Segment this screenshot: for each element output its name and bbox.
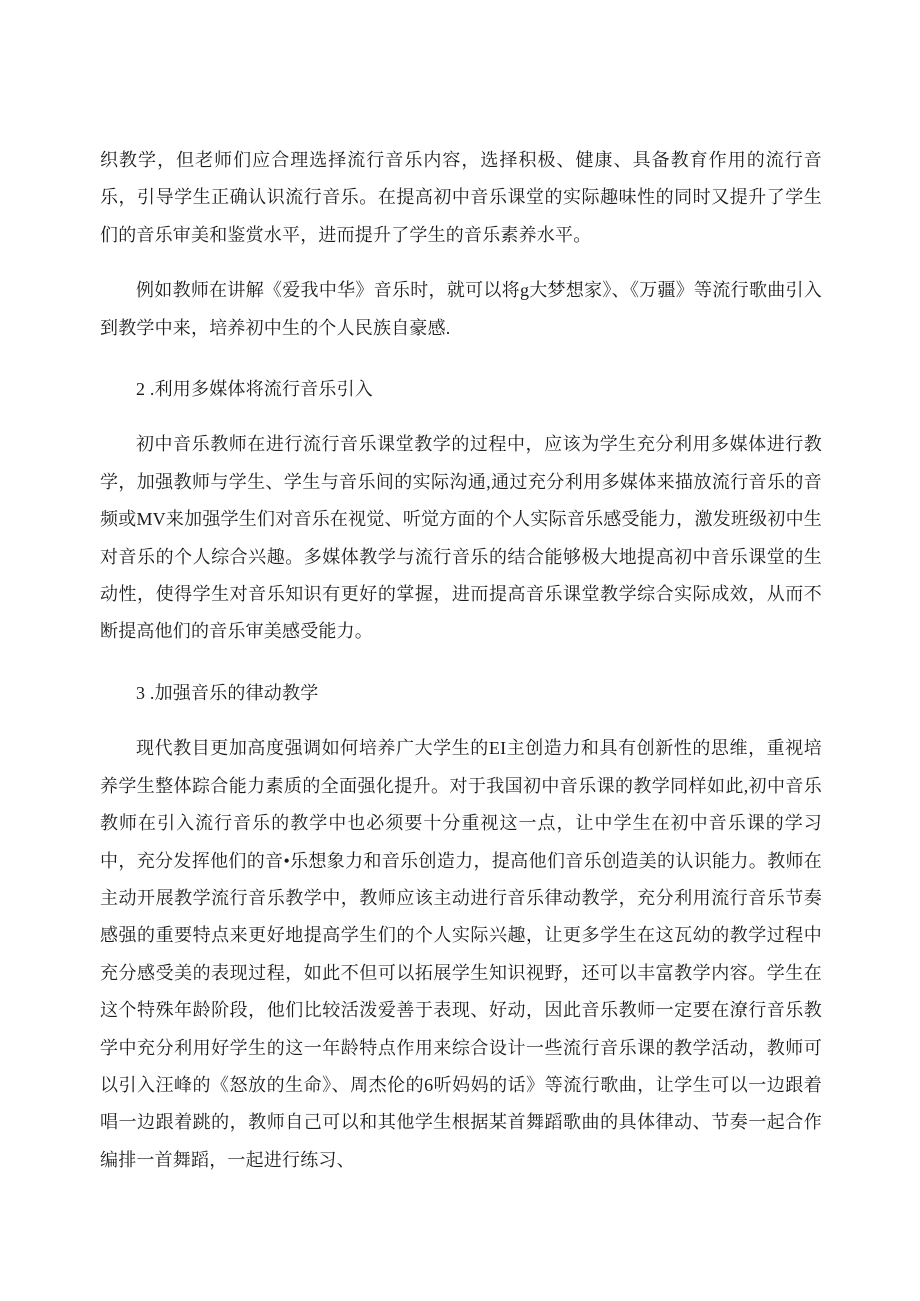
body-paragraph-multimedia: 初中音乐教师在进行流行音乐课堂教学的过程中，应该为学生充分利用多媒体进行教学，加… bbox=[100, 426, 822, 650]
body-paragraph-continuation: 织教学，但老师们应合理选择流行音乐内容，选择积极、健康、具备教育作用的流行音乐，… bbox=[100, 142, 822, 254]
body-paragraph-example: 例如教师在讲解《爱我中华》音乐时，就可以将g大梦想家》、《万疆》等流行歌曲引入到… bbox=[100, 272, 822, 347]
document-page: 织教学，但老师们应合理选择流行音乐内容，选择积极、健康、具备教育作用的流行音乐，… bbox=[0, 0, 920, 1301]
section-heading-2: 2 .利用多媒体将流行音乐引入 bbox=[100, 365, 822, 408]
body-paragraph-rhythm-teaching: 现代教目更加高度强调如何培养广大学生的EI主创造力和具有创新性的思维，重视培养学… bbox=[100, 730, 822, 1179]
section-heading-3: 3 .加强音乐的律动教学 bbox=[100, 669, 822, 712]
